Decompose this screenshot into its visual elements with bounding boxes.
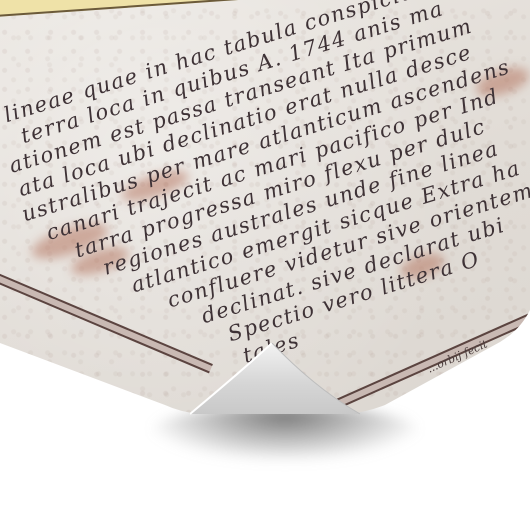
poster-photo: lineae quae in hac tabula conspiciuntur … — [0, 0, 530, 530]
